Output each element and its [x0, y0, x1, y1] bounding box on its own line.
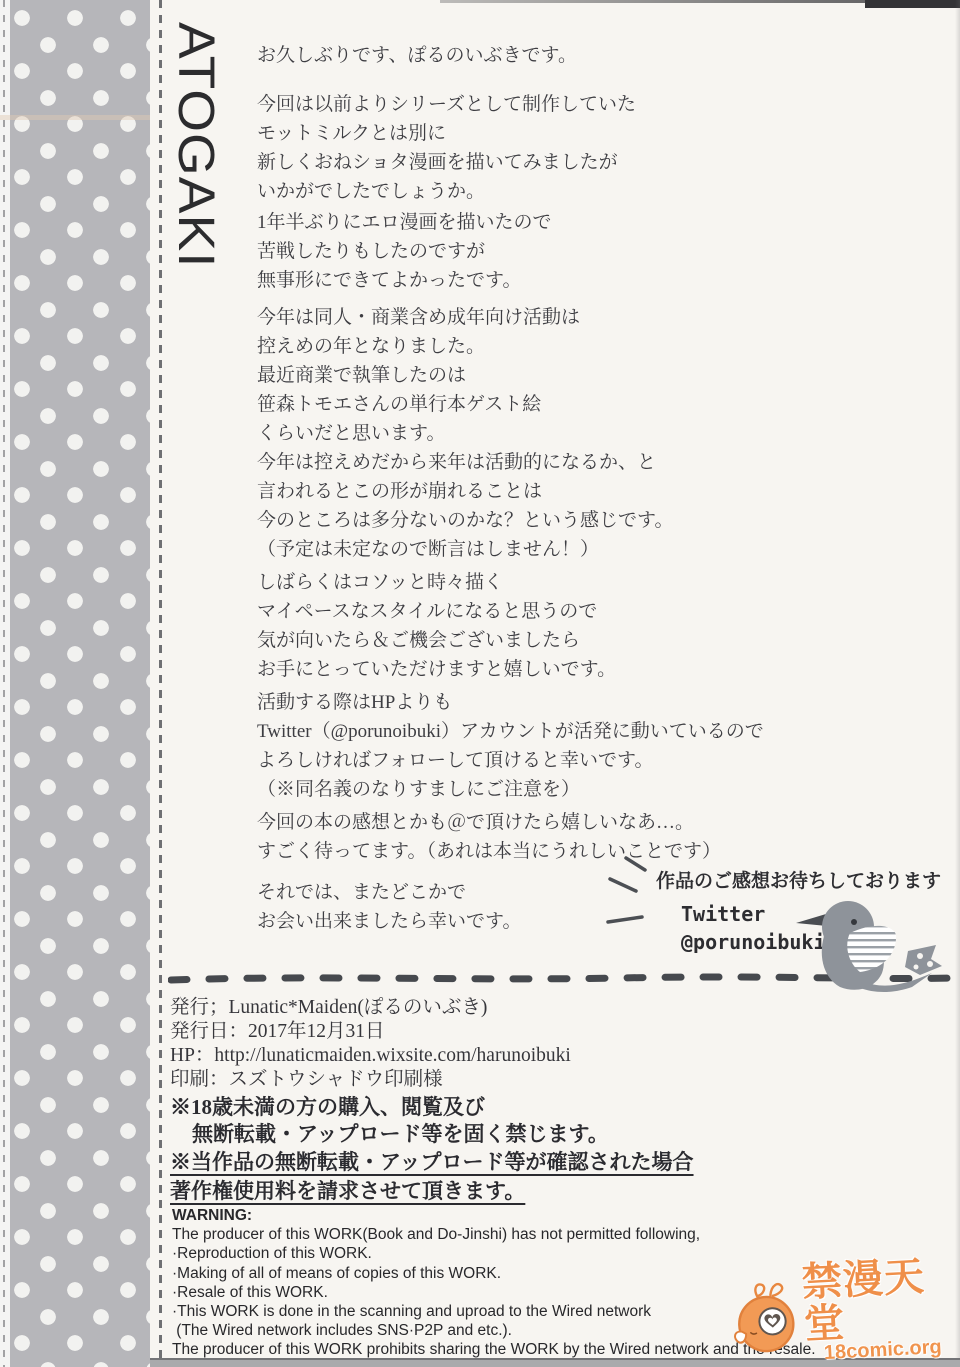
warning-line: ·Reproduction of this WORK. [172, 1244, 812, 1263]
text-line: 今年は控えめだから来年は活動的になるか、と [257, 448, 673, 477]
warning-line: The producer of this WORK prohibits shar… [172, 1340, 812, 1359]
text-line: 笹森トモエさんの単行本ゲスト絵 [257, 390, 580, 419]
text-line: 今のところは多分ないのかな？という感じです。 [257, 506, 673, 535]
notice-underlined-line: ※当作品の無断転載・アップロード等が確認された場合 [170, 1148, 694, 1177]
scan-edge-dashes [3, 0, 5, 1367]
notice-line: 無断転載・アップロード等を固く禁じます。 [170, 1121, 694, 1148]
colophon: 発行；Lunatic*Maiden(ぽるのいぶき) 発行日：2017年12月31… [170, 996, 571, 1092]
polka-dot-border [10, 0, 150, 1367]
publish-date-line: 発行日：2017年12月31日 [170, 1020, 571, 1044]
watermark-site-name: 禁漫天堂 [801, 1254, 960, 1346]
scanned-afterword-page: ATOGAKI お久しぶりです、ぽるのいぶきです。 今回は以前よりシリーズとして… [0, 0, 960, 1367]
publisher-line: 発行；Lunatic*Maiden(ぽるのいぶき) [170, 996, 571, 1020]
text-line: モットミルクとは別に [257, 119, 636, 148]
twitter-label: Twitter [681, 902, 765, 926]
bird-icon [792, 893, 952, 1003]
homepage-line: HP：http://lunaticmaiden.wixsite.com/haru… [170, 1044, 571, 1068]
text-line: 無事形にできてよかったです。 [257, 266, 552, 295]
text-line: 1年半ぶりにエロ漫画を描いたので [257, 208, 552, 237]
warning-line: The producer of this WORK(Book and Do-Ji… [172, 1225, 812, 1244]
emphasis-rays-icon [598, 848, 662, 932]
notice-line: ※18歳未満の方の購入、閲覧及び [170, 1094, 694, 1121]
warning-line: ·Making of all of means of copies of thi… [172, 1264, 812, 1283]
text-line: 新しくおねショタ漫画を描いてみましたが [257, 148, 636, 177]
site-watermark: 禁漫天堂 18comic.org [727, 1254, 960, 1367]
english-warning: WARNING: The producer of this WORK(Book … [172, 1206, 812, 1360]
notice-underlined-line: 著作権使用料を請求させて頂きます。 [170, 1177, 694, 1206]
japanese-notice: ※18歳未満の方の購入、閲覧及び 無断転載・アップロード等を固く禁じます。 ※当… [170, 1094, 694, 1206]
text-line: お手にとっていただけますと嬉しいです。 [257, 655, 616, 684]
text-line: お会い出来ましたら幸いです。 [257, 907, 521, 936]
afterword-paragraph: しばらくはコソッと時々描く マイペースなスタイルになると思うので 気が向いたら＆… [257, 568, 616, 684]
scan-left-edge [0, 0, 10, 1367]
scan-top-corner-bar [865, 0, 960, 8]
afterword-paragraph: 今年は同人・商業含め成年向け活動は 控えめの年となりました。 最近商業で執筆した… [257, 303, 580, 448]
text-line: いかがでしたでしょうか。 [257, 177, 636, 206]
text-line: （※同名義のなりすましにご注意を） [257, 775, 764, 804]
page-title: ATOGAKI [167, 22, 226, 268]
warning-title: WARNING: [172, 1206, 812, 1225]
afterword-paragraph: お久しぶりです、ぽるのいぶきです。 [257, 41, 577, 70]
text-line: 言われるとこの形が崩れることは [257, 477, 673, 506]
text-line: 気が向いたら＆ご機会ございましたら [257, 626, 616, 655]
feedback-note: 作品のご感想お待ちしております [656, 866, 941, 893]
warning-line: ·This WORK is done in the scanning and u… [172, 1302, 812, 1321]
printer-line: 印刷：スズトウシャドウ印刷様 [170, 1068, 571, 1092]
text-line: マイペースなスタイルになると思うので [257, 597, 616, 626]
text-line: 活動する際はHPよりも [257, 688, 764, 717]
afterword-paragraph: 今回は以前よりシリーズとして制作していた モットミルクとは別に 新しくおねショタ… [257, 90, 636, 206]
afterword-paragraph: 活動する際はHPよりも Twitter（@porunoibuki）アカウントが活… [257, 688, 764, 804]
scan-right-edge [955, 0, 960, 1367]
bird-tail-flag [905, 945, 942, 975]
watermark-texts: 禁漫天堂 18comic.org [801, 1254, 960, 1366]
text-line: よろしければフォローして頂けると幸いです。 [257, 746, 764, 775]
text-line: 最近商業で執筆したのは [257, 361, 580, 390]
afterword-paragraph: 今年は控えめだから来年は活動的になるか、と 言われるとこの形が崩れることは 今の… [257, 448, 673, 564]
text-line: Twitter（@porunoibuki）アカウントが活発に動いているので [257, 717, 764, 746]
afterword-paragraph: それでは、またどこかで お会い出来ましたら幸いです。 [257, 878, 521, 936]
text-line: （予定は未定なので断言はしません！） [257, 535, 673, 564]
text-line: お久しぶりです、ぽるのいぶきです。 [257, 41, 577, 70]
text-line: 苦戦したりもしたのですが [257, 237, 552, 266]
text-line: くらいだと思います。 [257, 419, 580, 448]
text-line: それでは、またどこかで [257, 878, 521, 907]
scan-artifact-line [0, 115, 150, 120]
text-line: しばらくはコソッと時々描く [257, 568, 616, 597]
warning-line: ·Resale of this WORK. [172, 1283, 812, 1302]
text-line: 今回の本の感想とかも＠で頂けたら嬉しいなあ…。 [257, 808, 721, 837]
text-line: 今年は同人・商業含め成年向け活動は [257, 303, 580, 332]
afterword-paragraph: 1年半ぶりにエロ漫画を描いたので 苦戦したりもしたのですが 無事形にできてよかっ… [257, 208, 552, 295]
stitch-dashed-line [159, 0, 162, 1367]
comic-mascot-icon [728, 1271, 804, 1361]
warning-line: (The Wired network includes SNS·P2P and … [172, 1321, 812, 1340]
text-line: 今回は以前よりシリーズとして制作していた [257, 90, 636, 119]
text-line: 控えめの年となりました。 [257, 332, 580, 361]
